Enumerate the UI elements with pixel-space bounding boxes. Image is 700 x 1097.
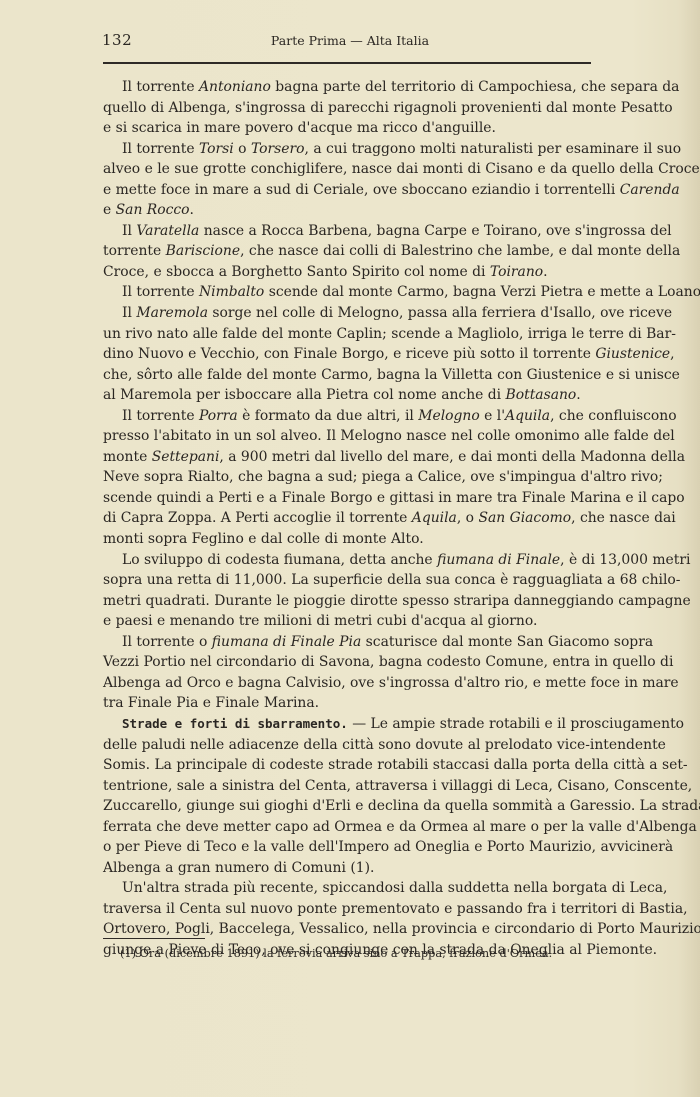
italic-term: Antoniano bbox=[199, 79, 271, 95]
text-run: nasce a Rocca Barbena, bagna Carpe e Toi… bbox=[199, 223, 671, 239]
italic-term: Nimbalto bbox=[199, 284, 264, 300]
text-run: e mette foce in mare a sud di Ceriale, o… bbox=[103, 182, 620, 198]
text-run: . bbox=[543, 264, 547, 280]
italic-term: Porra bbox=[199, 408, 238, 424]
text-line: Neve sopra Rialto, che bagna a sud; pieg… bbox=[103, 467, 591, 488]
italic-term: Maremola bbox=[136, 305, 208, 321]
text-line: Un'altra strada più recente, spiccandosi… bbox=[103, 878, 591, 899]
text-run: al Maremola per isboccare alla Pietra co… bbox=[103, 387, 506, 403]
text-line: ferrata che deve metter capo ad Ormea e … bbox=[103, 817, 591, 838]
text-line: torrente Bariscione, che nasce dai colli… bbox=[103, 241, 591, 262]
text-run: Albenga ad Orco e bagna Calvisio, ove s'… bbox=[103, 675, 679, 691]
italic-term: Torsi bbox=[199, 141, 234, 157]
text-line: delle paludi nelle adiacenze della città… bbox=[103, 735, 591, 756]
italic-term: Settepani bbox=[152, 449, 220, 465]
text-run: , che confluiscono bbox=[550, 408, 677, 424]
text-run: Un'altra strada più recente, spiccandosi… bbox=[122, 880, 667, 896]
italic-term: Carenda bbox=[620, 182, 680, 198]
text-run: dino Nuovo e Vecchio, con Finale Borgo, … bbox=[103, 346, 595, 362]
text-run: Croce, e sbocca a Borghetto Santo Spirit… bbox=[103, 264, 490, 280]
text-run: e bbox=[103, 202, 116, 218]
text-line: monte Settepani, a 900 metri dal livello… bbox=[103, 447, 591, 468]
text-run: sorge nel colle di Melogno, passa alla f… bbox=[208, 305, 672, 321]
text-line: e San Rocco. bbox=[103, 200, 591, 221]
text-line: monti sopra Feglino e dal colle di monte… bbox=[103, 529, 591, 550]
text-run: Vezzi Portio nel circondario di Savona, … bbox=[103, 654, 673, 670]
text-line: al Maremola per isboccare alla Pietra co… bbox=[103, 385, 591, 406]
text-run: delle paludi nelle adiacenze della città… bbox=[103, 737, 666, 753]
text-run: è formato da due altri, il bbox=[238, 408, 419, 424]
text-run: . bbox=[576, 387, 580, 403]
text-run: tentrione, sale a sinistra del Centa, at… bbox=[103, 778, 692, 794]
text-line: tentrione, sale a sinistra del Centa, at… bbox=[103, 776, 591, 797]
text-run: , a 900 metri dal livello del mare, e da… bbox=[219, 449, 685, 465]
italic-term: Toirano bbox=[490, 264, 543, 280]
text-line: Il Varatella nasce a Rocca Barbena, bagn… bbox=[103, 221, 591, 242]
text-run: scende quindi a Perti e a Finale Borgo e… bbox=[103, 490, 685, 506]
text-line: e si scarica in mare povero d'acque ma r… bbox=[103, 118, 591, 139]
italic-term: Torsero bbox=[251, 141, 305, 157]
text-line: Croce, e sbocca a Borghetto Santo Spirit… bbox=[103, 262, 591, 283]
italic-term: Giustenice bbox=[595, 346, 670, 362]
text-line: che, sôrto alle falde del monte Carmo, b… bbox=[103, 365, 591, 386]
footnote: (1) Ora (dicembre 1891) la ferrovia arri… bbox=[120, 947, 552, 960]
text-line: Il torrente Torsi o Torsero, a cui tragg… bbox=[103, 139, 591, 160]
text-run: quello di Albenga, s'ingrossa di parecch… bbox=[103, 100, 673, 116]
text-run: scaturisce dal monte San Giacomo sopra bbox=[361, 634, 653, 650]
text-run: , che nasce dai bbox=[571, 510, 676, 526]
text-line: Ortovero, Pogli, Baccelega, Vessalico, n… bbox=[103, 919, 591, 940]
text-run: di Capra Zoppa. A Perti accoglie il torr… bbox=[103, 510, 412, 526]
italic-term: Aquila bbox=[505, 408, 550, 424]
header-rule bbox=[103, 62, 591, 64]
text-run: traversa il Centa sul nuovo ponte premen… bbox=[103, 901, 688, 917]
book-page: 132 Parte Prima — Alta Italia Il torrent… bbox=[0, 0, 700, 1097]
text-run: che, sôrto alle falde del monte Carmo, b… bbox=[103, 367, 680, 383]
text-run: scende dal monte Carmo, bagna Verzi Piet… bbox=[264, 284, 700, 300]
text-line: e paesi e menando tre milioni di metri c… bbox=[103, 611, 591, 632]
text-run: , o bbox=[457, 510, 479, 526]
text-run: bagna parte del territorio di Campochies… bbox=[271, 79, 680, 95]
text-line: Lo sviluppo di codesta fiumana, detta an… bbox=[103, 550, 591, 571]
text-line: un rivo nato alle falde del monte Caplin… bbox=[103, 324, 591, 345]
text-line: Il Maremola sorge nel colle di Melogno, … bbox=[103, 303, 591, 324]
text-run: Il torrente bbox=[122, 284, 199, 300]
text-line: dino Nuovo e Vecchio, con Finale Borgo, … bbox=[103, 344, 591, 365]
text-run: Lo sviluppo di codesta fiumana, detta an… bbox=[122, 552, 437, 568]
text-run: o bbox=[234, 141, 251, 157]
running-head: Parte Prima — Alta Italia bbox=[0, 33, 700, 48]
text-run: metri quadrati. Durante le pioggie dirot… bbox=[103, 593, 691, 609]
italic-term: Melogno bbox=[418, 408, 479, 424]
text-run: Il bbox=[122, 223, 136, 239]
text-run: Il torrente o bbox=[122, 634, 212, 650]
text-run: Somis. La principale di codeste strade r… bbox=[103, 757, 688, 773]
footnote-rule bbox=[103, 938, 205, 939]
text-run: — Le ampie strade rotabili e il prosciug… bbox=[348, 716, 684, 732]
text-line: Il torrente Nimbalto scende dal monte Ca… bbox=[103, 282, 591, 303]
text-line: Vezzi Portio nel circondario di Savona, … bbox=[103, 652, 591, 673]
text-run: , che nasce dai colli di Balestrino che … bbox=[240, 243, 680, 259]
text-line: Zuccarello, giunge sui gioghi d'Erli e d… bbox=[103, 796, 591, 817]
text-line: quello di Albenga, s'ingrossa di parecch… bbox=[103, 98, 591, 119]
text-line: Il torrente o fiumana di Finale Pia scat… bbox=[103, 632, 591, 653]
text-run: Il torrente bbox=[122, 79, 199, 95]
text-line: Albenga ad Orco e bagna Calvisio, ove s'… bbox=[103, 673, 591, 694]
text-run: . bbox=[190, 202, 194, 218]
text-run: e si scarica in mare povero d'acque ma r… bbox=[103, 120, 496, 136]
text-run: tra Finale Pia e Finale Marina. bbox=[103, 695, 319, 711]
text-run: , bbox=[670, 346, 674, 362]
text-run: Albenga a gran numero di Comuni (1). bbox=[103, 860, 374, 876]
text-run: Il torrente bbox=[122, 408, 199, 424]
text-line: Il torrente Antoniano bagna parte del te… bbox=[103, 77, 591, 98]
text-run: ferrata che deve metter capo ad Ormea e … bbox=[103, 819, 697, 835]
text-run: , è di 13,000 metri bbox=[560, 552, 690, 568]
text-line: alveo e le sue grotte conchiglifere, nas… bbox=[103, 159, 591, 180]
italic-term: San Giacomo bbox=[478, 510, 571, 526]
text-run: Ortovero, Pogli, Baccelega, Vessalico, n… bbox=[103, 921, 700, 937]
italic-term: Aquila bbox=[412, 510, 457, 526]
text-line: tra Finale Pia e Finale Marina. bbox=[103, 693, 591, 714]
text-run: monti sopra Feglino e dal colle di monte… bbox=[103, 531, 424, 547]
text-line: sopra una retta di 11,000. La superficie… bbox=[103, 570, 591, 591]
text-run: alveo e le sue grotte conchiglifere, nas… bbox=[103, 161, 700, 177]
text-line: Somis. La principale di codeste strade r… bbox=[103, 755, 591, 776]
text-run: e l' bbox=[480, 408, 505, 424]
italic-term: fiumana di Finale bbox=[437, 552, 560, 568]
text-line: traversa il Centa sul nuovo ponte premen… bbox=[103, 899, 591, 920]
text-line: o per Pieve di Teco e la valle dell'Impe… bbox=[103, 837, 591, 858]
text-line: e mette foce in mare a sud di Ceriale, o… bbox=[103, 180, 591, 201]
text-run: torrente bbox=[103, 243, 166, 259]
text-run: sopra una retta di 11,000. La superficie… bbox=[103, 572, 680, 588]
text-line: presso l'abitato in un sol alveo. Il Mel… bbox=[103, 426, 591, 447]
text-run: Il torrente bbox=[122, 141, 199, 157]
text-line: metri quadrati. Durante le pioggie dirot… bbox=[103, 591, 591, 612]
section-heading: Strade e forti di sbarramento. bbox=[122, 716, 348, 731]
text-run: Il bbox=[122, 305, 136, 321]
text-line: Albenga a gran numero di Comuni (1). bbox=[103, 858, 591, 879]
text-run: e paesi e menando tre milioni di metri c… bbox=[103, 613, 537, 629]
text-line: di Capra Zoppa. A Perti accoglie il torr… bbox=[103, 508, 591, 529]
italic-term: Varatella bbox=[136, 223, 199, 239]
italic-term: Bottasano bbox=[506, 387, 577, 403]
text-run: monte bbox=[103, 449, 152, 465]
text-run: , a cui traggono molti naturalisti per e… bbox=[304, 141, 681, 157]
body-text: Il torrente Antoniano bagna parte del te… bbox=[103, 77, 591, 961]
text-line: Il torrente Porra è formato da due altri… bbox=[103, 406, 591, 427]
text-run: presso l'abitato in un sol alveo. Il Mel… bbox=[103, 428, 675, 444]
text-line: scende quindi a Perti e a Finale Borgo e… bbox=[103, 488, 591, 509]
text-run: o per Pieve di Teco e la valle dell'Impe… bbox=[103, 839, 673, 855]
italic-term: fiumana di Finale Pia bbox=[212, 634, 362, 650]
text-line: Strade e forti di sbarramento. — Le ampi… bbox=[103, 714, 591, 735]
text-run: un rivo nato alle falde del monte Caplin… bbox=[103, 326, 676, 342]
text-run: Neve sopra Rialto, che bagna a sud; pieg… bbox=[103, 469, 663, 485]
italic-term: Bariscione bbox=[166, 243, 240, 259]
text-run: Zuccarello, giunge sui gioghi d'Erli e d… bbox=[103, 798, 700, 814]
italic-term: San Rocco bbox=[116, 202, 190, 218]
